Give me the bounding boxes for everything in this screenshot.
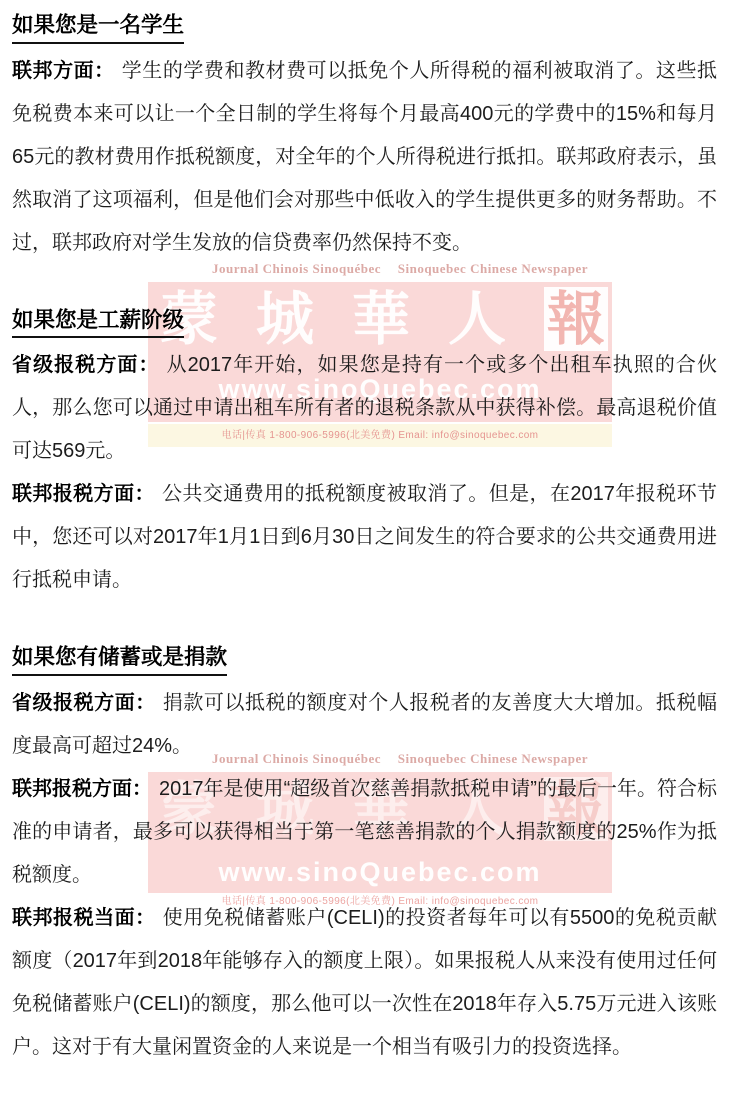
section-heading-text: 如果您是工薪阶级 xyxy=(12,309,184,339)
article-content: 如果您是一名学生 联邦方面：学生的学费和教材费可以抵免个人所得税的福利被取消了。… xyxy=(0,0,729,1069)
article-page: Journal Chinois Sinoquébec Sinoquebec Ch… xyxy=(0,0,729,1095)
paragraph-label: 联邦方面： xyxy=(12,60,115,82)
section-heading-text: 如果您有储蓄或是捐款 xyxy=(12,646,227,676)
paragraph-label: 联邦报税方面： xyxy=(12,483,155,505)
paragraph-text: 使用免税储蓄账户(CELI)的投资者每年可以有5500的免税贡献额度（2017年… xyxy=(12,907,717,1058)
section-heading-student: 如果您是一名学生 xyxy=(12,14,717,44)
paragraph-label: 省级报税方面： xyxy=(12,692,156,714)
paragraph-federal-transit: 联邦报税方面：公共交通费用的抵税额度被取消了。但是，在2017年报税环节中，您还… xyxy=(12,473,717,602)
section-heading-text: 如果您是一名学生 xyxy=(12,14,184,44)
section-heading-savings-donations: 如果您有储蓄或是捐款 xyxy=(12,646,717,676)
paragraph-federal-student: 联邦方面：学生的学费和教材费可以抵免个人所得税的福利被取消了。这些抵免税费本来可… xyxy=(12,50,717,265)
paragraph-label: 联邦报税当面： xyxy=(12,907,156,929)
paragraph-label: 联邦报税方面： xyxy=(12,778,152,800)
paragraph-federal-donation: 联邦报税方面：2017年是使用“超级首次慈善捐款抵税申请”的最后一年。符合标准的… xyxy=(12,768,717,897)
section-heading-worker: 如果您是工薪阶级 xyxy=(12,309,717,339)
paragraph-provincial-taxi: 省级报税方面：从2017年开始，如果您是持有一个或多个出租车执照的合伙人，那么您… xyxy=(12,344,717,473)
paragraph-provincial-donation: 省级报税方面：捐款可以抵税的额度对个人报税者的友善度大大增加。抵税幅度最高可超过… xyxy=(12,682,717,768)
paragraph-text: 学生的学费和教材费可以抵免个人所得税的福利被取消了。这些抵免税费本来可以让一个全… xyxy=(12,60,717,254)
paragraph-federal-celi: 联邦报税当面：使用免税储蓄账户(CELI)的投资者每年可以有5500的免税贡献额… xyxy=(12,897,717,1069)
paragraph-label: 省级报税方面： xyxy=(12,354,160,376)
